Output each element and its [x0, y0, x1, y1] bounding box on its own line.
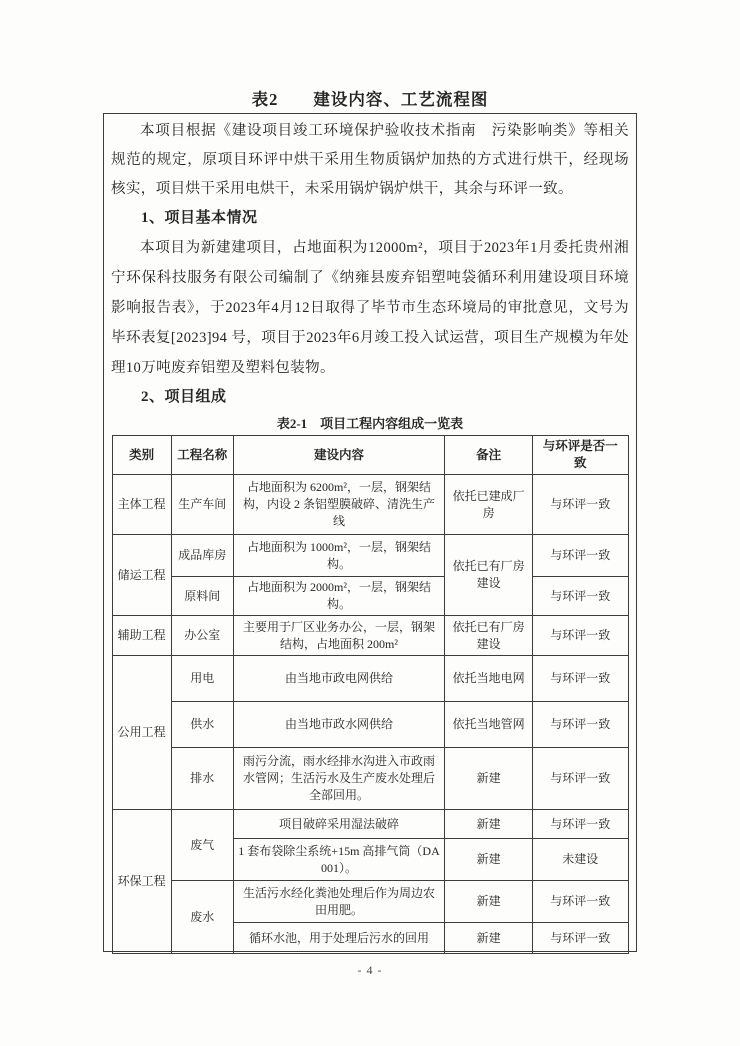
table-cell: 与环评一致: [533, 748, 628, 810]
table-cell: 依托已有厂房建设: [445, 616, 533, 656]
table-row: 辅助工程 办公室 主要用于厂区业务办公，一层，钢架结构，占地面积 200m² 依…: [112, 616, 628, 656]
table-cell: 占地面积为 2000m²，一层，钢架结构。: [233, 577, 445, 616]
table-cell: 原料间: [171, 577, 233, 616]
table-cell: 储运工程: [112, 535, 171, 616]
table-cell: 占地面积为 1000m²，一层，钢架结构。: [233, 535, 445, 577]
section-1-paragraph: 本项目为新建建项目，占地面积为12000m²，项目于2023年1月委托贵州湘宁环…: [111, 233, 629, 383]
table-cell: 占地面积为 6200m²，一层，钢架结构，内设 2 条铝塑膜破碎、清洗生产线: [233, 475, 445, 535]
table-cell: 新建: [445, 839, 533, 881]
table-cell: 与环评一致: [533, 702, 628, 748]
table-cell: 主要用于厂区业务办公，一层，钢架结构，占地面积 200m²: [233, 616, 445, 656]
table-cell: 与环评一致: [533, 616, 628, 656]
section-1-heading: 1、项目基本情况: [111, 204, 629, 233]
table-cell: 排水: [171, 748, 233, 810]
intro-paragraph: 本项目根据《建设项目竣工环境保护验收技术指南 污染影响类》等相关规范的规定，原项…: [111, 117, 629, 204]
table-cell: 雨污分流，雨水经排水沟进入市政雨水管网；生活污水及生产废水处理后全部回用。: [233, 748, 445, 810]
table-caption: 表2-1 项目工程内容组成一览表: [111, 414, 629, 434]
document-page: 表2 建设内容、工艺流程图 本项目根据《建设项目竣工环境保护验收技术指南 污染影…: [0, 0, 740, 1046]
column-header: 工程名称: [171, 436, 233, 475]
column-header: 建设内容: [233, 436, 445, 475]
page-title: 表2 建设内容、工艺流程图: [0, 86, 740, 110]
table-cell: 依托已建成厂房: [445, 475, 533, 535]
table-cell: 循环水池，用于处理后污水的回用: [233, 923, 445, 954]
table-cell: 环保工程: [112, 810, 171, 954]
column-header: 与环评是否一致: [533, 436, 628, 475]
table-cell: 与环评一致: [533, 577, 628, 616]
table-cell: 与环评一致: [533, 881, 628, 923]
table-cell: 成品库房: [171, 535, 233, 577]
table-cell: 办公室: [171, 616, 233, 656]
table-cell: 生活污水经化粪池处理后作为周边农田用肥。: [233, 881, 445, 923]
table-cell: 废气: [171, 810, 233, 881]
table-cell: 主体工程: [112, 475, 171, 535]
project-composition-table: 类别 工程名称 建设内容 备注 与环评是否一致 主体工程 生产车间 占地面积为 …: [112, 435, 629, 954]
table-cell: 与环评一致: [533, 923, 628, 954]
table-cell: 未建设: [533, 839, 628, 881]
table-row: 主体工程 生产车间 占地面积为 6200m²，一层，钢架结构，内设 2 条铝塑膜…: [112, 475, 628, 535]
table-cell: 由当地市政水网供给: [233, 702, 445, 748]
page-number: - 4 -: [0, 963, 740, 978]
table-cell: 依托当地电网: [445, 656, 533, 702]
table-cell: 新建: [445, 923, 533, 954]
table-cell: 与环评一致: [533, 535, 628, 577]
table-cell: 供水: [171, 702, 233, 748]
table-cell: 新建: [445, 810, 533, 839]
table-cell: 新建: [445, 881, 533, 923]
table-row: 供水 由当地市政水网供给 依托当地管网 与环评一致: [112, 702, 628, 748]
table-row: 废水 生活污水经化粪池处理后作为周边农田用肥。 新建 与环评一致: [112, 881, 628, 923]
column-header: 备注: [445, 436, 533, 475]
table-row: 原料间 占地面积为 2000m²，一层，钢架结构。 与环评一致: [112, 577, 628, 616]
table-cell: 与环评一致: [533, 810, 628, 839]
table-row: 环保工程 废气 项目破碎采用湿法破碎 新建 与环评一致: [112, 810, 628, 839]
table-cell: 依托当地管网: [445, 702, 533, 748]
table-cell: 生产车间: [171, 475, 233, 535]
table-header-row: 类别 工程名称 建设内容 备注 与环评是否一致: [112, 436, 628, 475]
table-cell: 项目破碎采用湿法破碎: [233, 810, 445, 839]
table-row: 储运工程 成品库房 占地面积为 1000m²，一层，钢架结构。 依托已有厂房建设…: [112, 535, 628, 577]
table-cell: 依托已有厂房建设: [445, 535, 533, 616]
content-border-box: 本项目根据《建设项目竣工环境保护验收技术指南 污染影响类》等相关规范的规定，原项…: [103, 113, 637, 952]
table-cell: 1 套布袋除尘系统+15m 高排气筒（DA001）。: [233, 839, 445, 881]
table-row: 公用工程 用电 由当地市政电网供给 依托当地电网 与环评一致: [112, 656, 628, 702]
table-cell: 新建: [445, 748, 533, 810]
table-cell: 与环评一致: [533, 475, 628, 535]
table-cell: 废水: [171, 881, 233, 954]
column-header: 类别: [112, 436, 171, 475]
section-2-heading: 2、项目组成: [111, 383, 629, 412]
table-cell: 用电: [171, 656, 233, 702]
table-cell: 辅助工程: [112, 616, 171, 656]
table-row: 排水 雨污分流，雨水经排水沟进入市政雨水管网；生活污水及生产废水处理后全部回用。…: [112, 748, 628, 810]
table-cell: 与环评一致: [533, 656, 628, 702]
table-cell: 由当地市政电网供给: [233, 656, 445, 702]
table-cell: 公用工程: [112, 656, 171, 810]
